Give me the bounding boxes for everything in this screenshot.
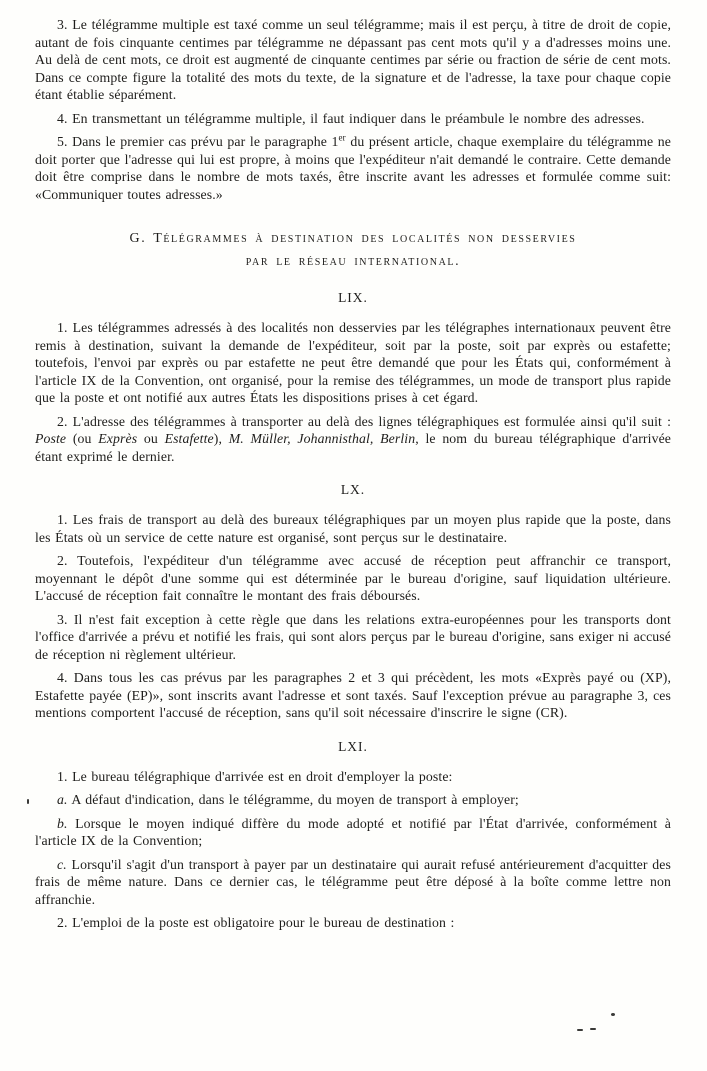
text-segment: 2. L'adresse des télégrammes à transport…	[57, 414, 671, 429]
lix-paragraph-2: 2. L'adresse des télégrammes à transport…	[35, 413, 671, 466]
text-segment: 4. En transmettant un télégramme multipl…	[57, 111, 645, 126]
text-segment: b.	[57, 816, 68, 831]
scan-speck	[577, 1029, 583, 1031]
text-segment: Estafette	[165, 431, 214, 446]
lx-paragraph-2: 2. Toutefois, l'expéditeur d'un télégram…	[35, 552, 671, 605]
text-segment: (ou	[66, 431, 98, 446]
text-segment: 1. Les frais de transport au delà des bu…	[35, 512, 671, 545]
text-segment: c.	[57, 857, 67, 872]
text-segment: A défaut d'indication, dans le télégramm…	[68, 792, 519, 807]
chapter-heading-line: G. Télégrammes à destination des localit…	[35, 227, 671, 250]
section-heading-lxi: LXI.	[35, 738, 671, 755]
text-segment: 5. Dans le premier cas prévu par le para…	[57, 134, 339, 149]
lxi-paragraph-2: 2. L'emploi de la poste est obligatoire …	[35, 914, 671, 932]
chapter-heading-line: par le réseau international.	[35, 250, 671, 273]
lxi-item-a: a. A défaut d'indication, dans le télégr…	[35, 791, 671, 809]
section-heading-lx: LX.	[35, 481, 671, 498]
scan-speck	[590, 1028, 596, 1030]
text-segment: 3. Il n'est fait exception à cette règle…	[35, 612, 671, 662]
text-segment: Poste	[35, 431, 66, 446]
text-segment: a.	[57, 792, 68, 807]
scan-speck	[27, 799, 29, 804]
lxi-item-c: c. Lorsqu'il s'agit d'un transport à pay…	[35, 856, 671, 909]
chapter-heading-g: G. Télégrammes à destination des localit…	[35, 227, 671, 273]
section-heading-lix: LIX.	[35, 289, 671, 306]
lx-paragraph-4: 4. Dans tous les cas prévus par les para…	[35, 669, 671, 722]
text-segment: Exprès	[98, 431, 137, 446]
text-segment: 2. Toutefois, l'expéditeur d'un télégram…	[35, 553, 671, 603]
lix-paragraph-1: 1. Les télégrammes adressés à des locali…	[35, 319, 671, 407]
lxi-paragraph-1: 1. Le bureau télégraphique d'arrivée est…	[35, 768, 671, 786]
text-segment: er	[339, 132, 346, 142]
page-content: 3. Le télégramme multiple est taxé comme…	[35, 16, 671, 938]
text-segment: 3. Le télégramme multiple est taxé comme…	[35, 17, 671, 102]
text-segment: 4. Dans tous les cas prévus par les para…	[35, 670, 671, 720]
lxi-item-b: b. Lorsque le moyen indiqué diffère du m…	[35, 815, 671, 850]
text-segment: Lorsqu'il s'agit d'un transport à payer …	[35, 857, 671, 907]
text-segment: ou	[137, 431, 164, 446]
paragraph-5-premier-cas: 5. Dans le premier cas prévu par le para…	[35, 133, 671, 203]
scan-speck	[611, 1013, 615, 1016]
text-segment: ),	[214, 431, 229, 446]
text-segment: 1. Les télégrammes adressés à des locali…	[35, 320, 671, 405]
text-segment: 2. L'emploi de la poste est obligatoire …	[57, 915, 454, 930]
paragraph-4-preambule: 4. En transmettant un télégramme multipl…	[35, 110, 671, 128]
lx-paragraph-1: 1. Les frais de transport au delà des bu…	[35, 511, 671, 546]
text-segment: Lorsque le moyen indiqué diffère du mode…	[35, 816, 671, 849]
lx-paragraph-3: 3. Il n'est fait exception à cette règle…	[35, 611, 671, 664]
paragraph-3-telegramme-multiple: 3. Le télégramme multiple est taxé comme…	[35, 16, 671, 104]
text-segment: M. Müller, Johannisthal, Berlin	[229, 431, 416, 446]
scanned-book-page: 3. Le télégramme multiple est taxé comme…	[0, 0, 707, 1071]
text-segment: 1. Le bureau télégraphique d'arrivée est…	[57, 769, 453, 784]
